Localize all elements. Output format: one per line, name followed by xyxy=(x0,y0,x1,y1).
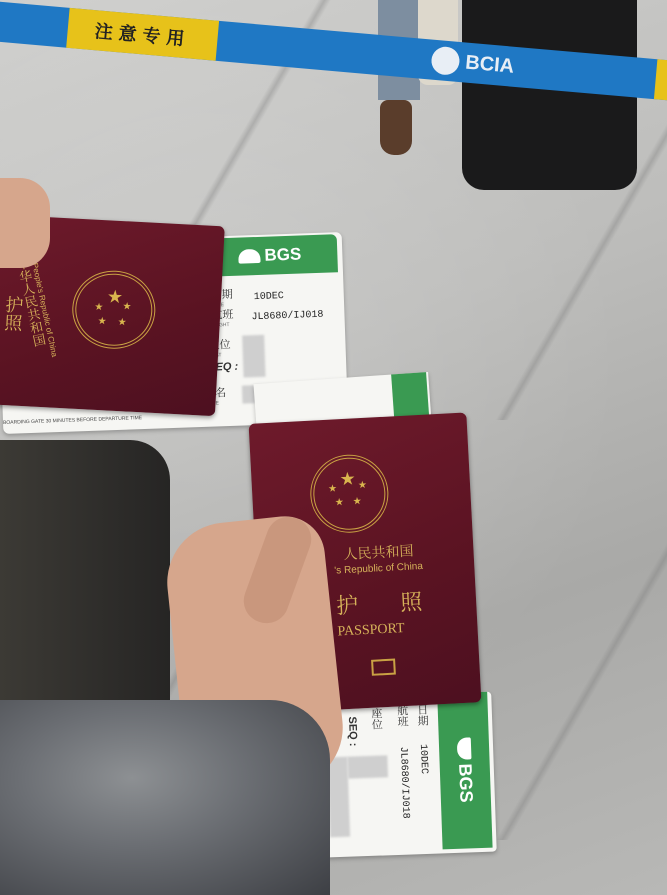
date-value: 10DEC xyxy=(254,291,284,303)
label-zh: 座位 xyxy=(370,707,383,729)
camo-jacket xyxy=(0,700,330,895)
bgs-logo-icon xyxy=(238,249,260,264)
field-seat: 座位 xyxy=(368,707,385,730)
bcia-text: BCIA xyxy=(464,51,515,78)
passport-title-zh: 护 照 xyxy=(335,584,441,620)
date-value: 10DEC xyxy=(417,744,429,774)
bgs-logo-icon xyxy=(457,738,472,760)
country-name-zh: 人民共和国 xyxy=(343,540,414,564)
national-emblem: ★ ★ ★ ★ ★ xyxy=(70,269,157,351)
passport-title-zh: 护照 xyxy=(0,295,27,332)
brand-text: BGS xyxy=(454,764,476,804)
boarding-note: BOARDING GATE 30 MINUTES BEFORE DEPARTUR… xyxy=(3,415,142,426)
label-zh: 航班 xyxy=(396,705,409,727)
national-emblem: ★ ★ ★ ★ ★ xyxy=(308,453,390,535)
bcia-logo: BCIA xyxy=(430,46,515,81)
thumb-top xyxy=(0,178,50,268)
redacted-name xyxy=(327,757,350,838)
biometric-chip-icon xyxy=(371,659,396,676)
redacted-seat xyxy=(242,335,265,378)
flight-value: JL8680/IJ018 xyxy=(397,747,411,819)
field-date: 日期 xyxy=(414,704,431,727)
field-flight: 航班 xyxy=(394,704,411,727)
passport-title-en: PASSPORT xyxy=(337,621,405,640)
label-zh: 日期 xyxy=(416,704,429,726)
redacted-seat xyxy=(347,755,388,778)
field-seq: SEQ : xyxy=(346,716,359,746)
tape-yellow-segment xyxy=(654,59,667,102)
boarding-pass-brand-band: BGS xyxy=(437,692,492,850)
shoe xyxy=(380,100,412,155)
flight-value: JL8680/IJ018 xyxy=(251,310,323,324)
bcia-logo-icon xyxy=(430,46,460,76)
brand-text: BGS xyxy=(264,244,302,265)
